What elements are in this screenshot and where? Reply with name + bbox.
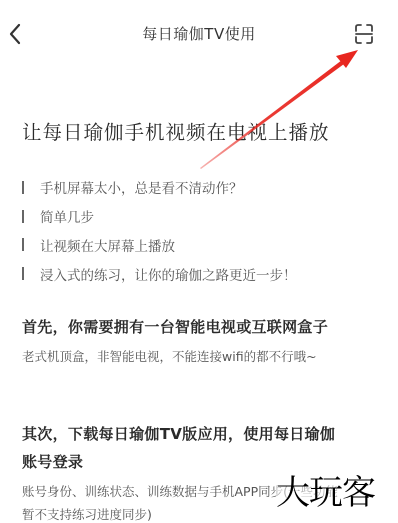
step-2-heading-line-1: 其次，下载每日瑜伽TV版应用，使用每日瑜伽: [22, 423, 335, 444]
list-item: 浸入式的练习，让你的瑜伽之路更近一步！: [22, 259, 297, 288]
page-title: 每日瑜伽TV使用: [0, 23, 398, 44]
step-1-heading: 首先，你需要拥有一台智能电视或互联网盒子: [22, 316, 328, 337]
step-1-description: 老式机顶盒，非智能电视，不能连接wifi的都不行哦~: [22, 347, 317, 365]
scan-icon: [352, 22, 376, 46]
top-nav-bar: 每日瑜伽TV使用: [0, 0, 398, 68]
step-2-heading-line-2: 账号登录: [22, 451, 83, 472]
feature-list: 手机屏幕太小，总是看不清动作？ 简单几步 让视频在大屏幕上播放 浸入式的练习，让…: [22, 173, 297, 288]
bullet-bar-icon: [22, 210, 24, 223]
step-2-description-line-2: 暂不支持练习进度同步): [22, 505, 152, 523]
main-title: 让每日瑜伽手机视频在电视上播放: [22, 117, 330, 145]
bullet-bar-icon: [22, 238, 24, 251]
list-item: 让视频在大屏幕上播放: [22, 231, 297, 260]
watermark: 大玩客: [276, 476, 375, 510]
scan-button[interactable]: [352, 22, 376, 46]
list-item: 简单几步: [22, 202, 297, 231]
list-item: 手机屏幕太小，总是看不清动作？: [22, 173, 297, 202]
bullet-bar-icon: [22, 267, 24, 280]
bullet-bar-icon: [22, 181, 24, 194]
